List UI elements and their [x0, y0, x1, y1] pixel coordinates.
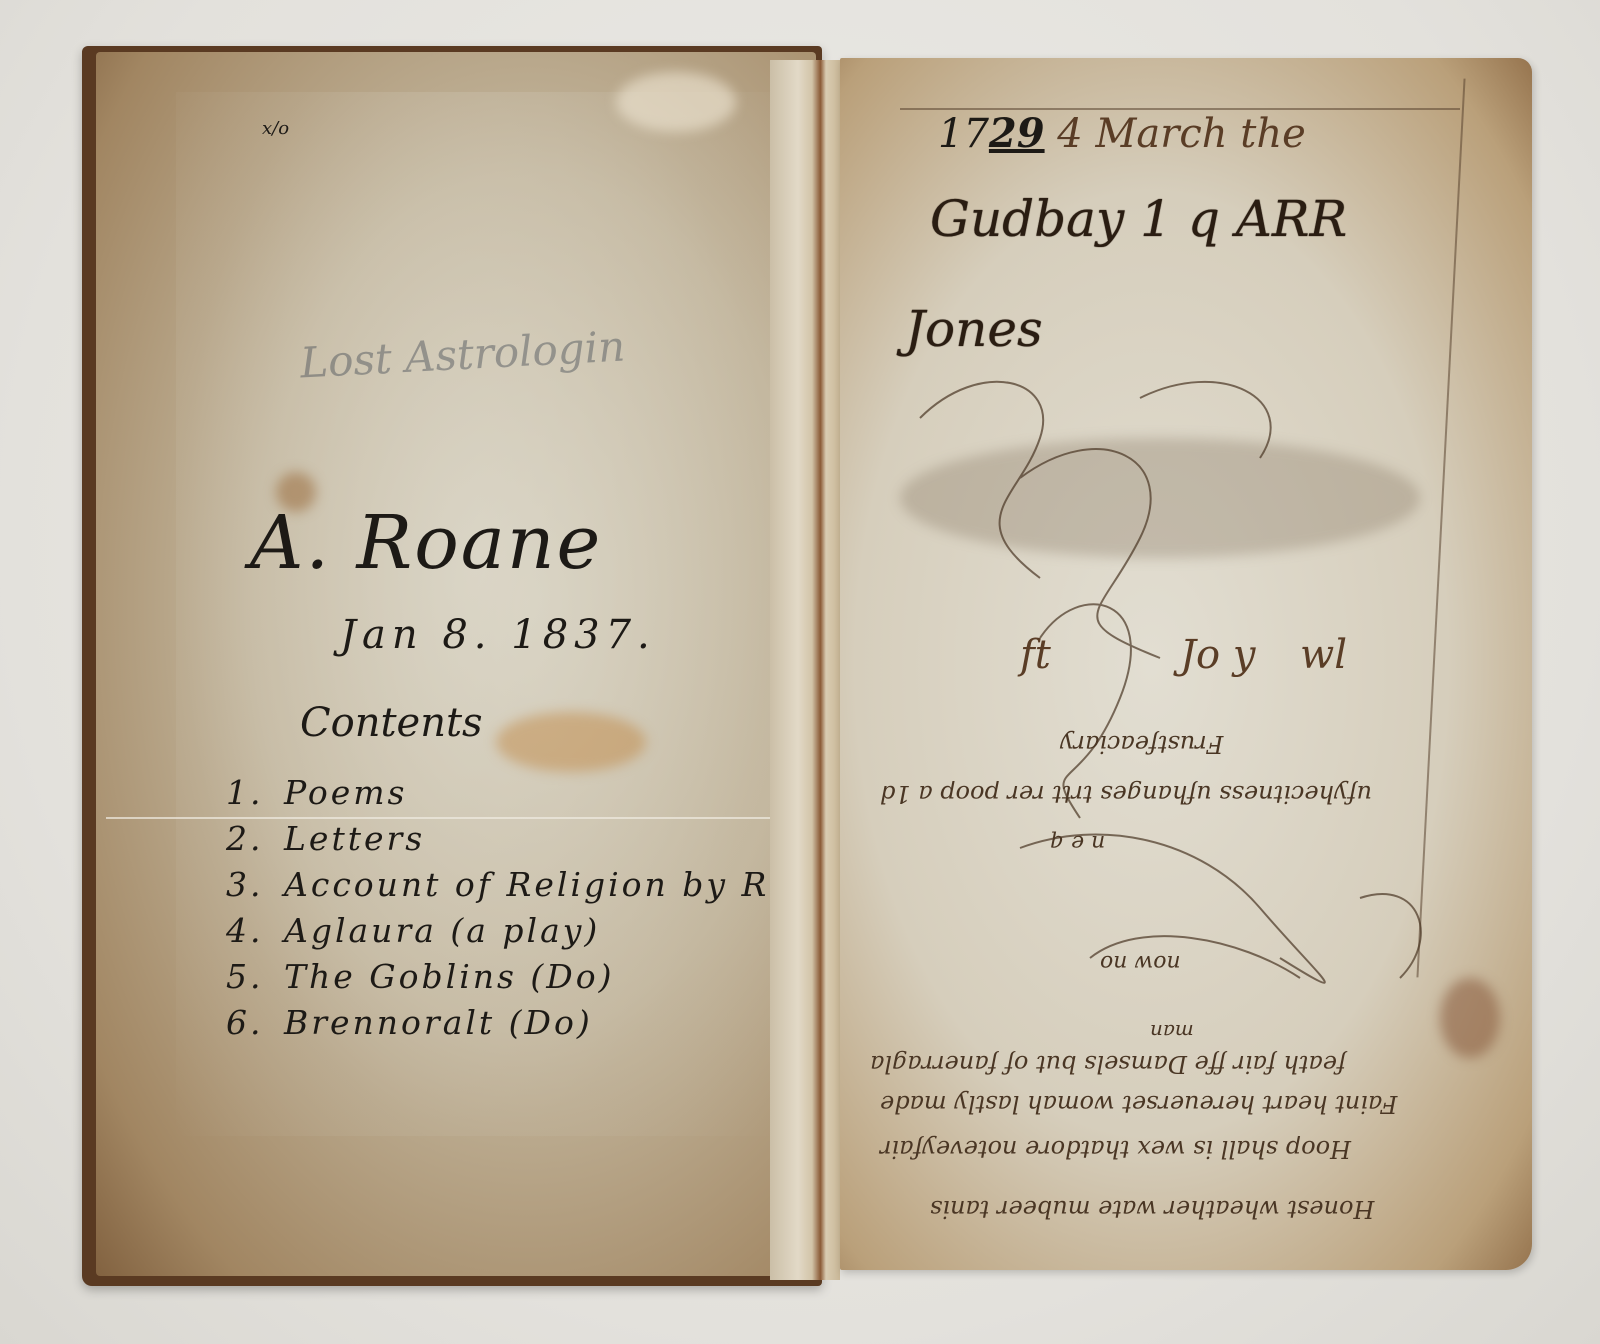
- contents-item: 4.Aglaura (a play): [226, 908, 792, 954]
- year-bold-digits: 29: [989, 110, 1045, 157]
- inverted-verse-line: ufyhecitness ufhanges trtt rer poop a 1d: [880, 780, 1372, 808]
- contents-list: 1.Poems 2.Letters 3.Account of Religion …: [226, 770, 792, 1046]
- contents-item: 3.Account of Religion by Re: [226, 862, 792, 908]
- contents-item-number: 3.: [226, 862, 284, 908]
- year-inscription: 1729 4 March the: [938, 110, 1306, 157]
- contents-heading: Contents: [300, 700, 483, 746]
- contents-item-title: Poems: [284, 773, 408, 812]
- contents-item-number: 6.: [226, 1000, 284, 1046]
- contents-item: 2.Letters: [226, 816, 792, 862]
- contents-item: 1.Poems: [226, 770, 792, 816]
- book-spine-hinge: [770, 60, 840, 1280]
- contents-item-title: Brennoralt (Do): [284, 1003, 593, 1042]
- paper-abrasion: [616, 72, 736, 132]
- contents-item-title: The Goblins (Do): [284, 957, 615, 996]
- mid-mark: wl: [1300, 632, 1347, 678]
- inverted-verse-line: Honest wheather wate mubeer tanis: [930, 1195, 1374, 1223]
- contents-item-number: 1.: [226, 770, 284, 816]
- foxing-stain: [496, 712, 646, 772]
- inverted-verse-line: Hoop shall is wex thatdore noteveyfair: [880, 1135, 1351, 1163]
- inverted-verse-line: Frustfeaciary: [1060, 730, 1223, 758]
- mid-mark: ft: [1020, 632, 1051, 678]
- flourish-name-line-2: Jones: [905, 300, 1043, 358]
- mid-mark: Jo y: [1180, 632, 1255, 678]
- contents-item-number: 4.: [226, 908, 284, 954]
- year-prefix: 17: [938, 111, 989, 157]
- contents-item-title: Aglaura (a play): [284, 911, 600, 950]
- contents-item-title: Letters: [284, 819, 425, 858]
- header-text: 4 March the: [1057, 111, 1305, 157]
- contents-item-title: Account of Religion by Re: [284, 865, 792, 904]
- shelfmark-note: x/o: [262, 118, 289, 139]
- inscription-date: Jan 8. 1837.: [340, 612, 656, 658]
- contents-item: 5.The Goblins (Do): [226, 954, 792, 1000]
- flourish-name-line-1: Gudbay 1 q ARR: [930, 190, 1347, 248]
- owner-signature: A. Roane: [250, 500, 602, 586]
- contents-item-number: 2.: [226, 816, 284, 862]
- contents-item: 6.Brennoralt (Do): [226, 1000, 792, 1046]
- contents-item-number: 5.: [226, 954, 284, 1000]
- inverted-verse-line: now no: [1100, 950, 1181, 975]
- inverted-verse-line: n e q: [1050, 830, 1105, 855]
- inverted-verse-line: Faint heart hereuerset womah lastly made: [880, 1090, 1397, 1118]
- inverted-verse-line: feath fair ffe Damsels but of fanerragla: [870, 1050, 1346, 1078]
- inverted-verse-line: man: [1150, 1020, 1194, 1044]
- left-endpaper: [96, 52, 816, 1276]
